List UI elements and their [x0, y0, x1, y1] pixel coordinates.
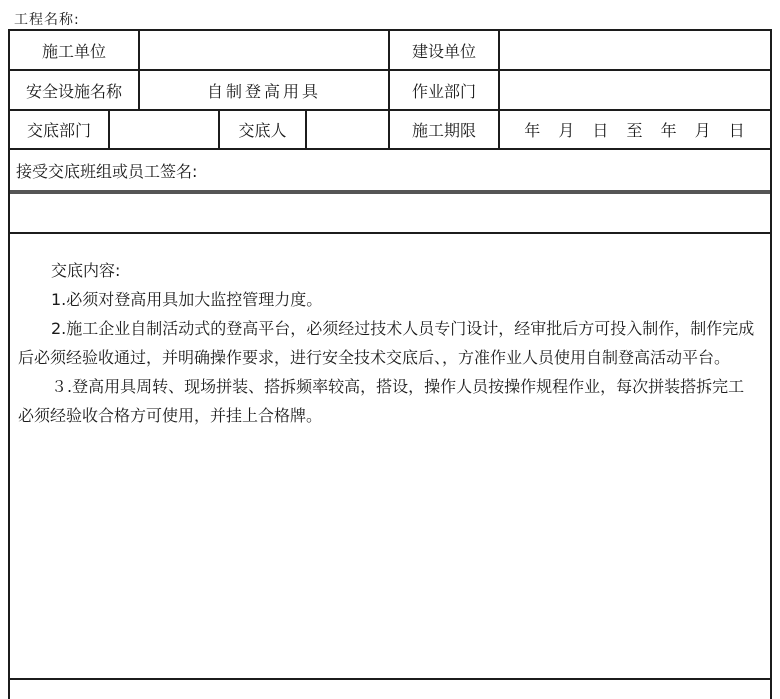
table-row-signature: 接受交底班组或员工签名:	[10, 150, 770, 194]
construction-unit-label: 施工单位	[10, 31, 140, 69]
project-name-label: 工程名称:	[0, 0, 780, 29]
disclosure-form: 施工单位 建设单位 安全设施名称 自制登高用具 作业部门 交底部门 交底人 施工…	[8, 29, 772, 699]
safety-facility-name-value: 自制登高用具	[140, 71, 390, 109]
disclosure-item-3: ３.登高用具周转、现场拼装、搭拆频率较高，搭设，操作人员按操作规程作业，每次拼装…	[18, 372, 758, 430]
building-unit-label: 建设单位	[390, 31, 500, 69]
next-section-row	[10, 680, 770, 699]
discloser-field[interactable]	[307, 111, 390, 148]
construction-period-field[interactable]: 年 月 日 至 年 月 日	[500, 111, 770, 148]
disclosure-item-2: 2.施工企业自制活动式的登高平台，必须经过技术人员专门设计，经审批后方可投入制作…	[18, 314, 758, 372]
work-department-label: 作业部门	[390, 71, 500, 109]
disclosure-department-label: 交底部门	[10, 111, 110, 148]
work-department-field[interactable]	[500, 71, 770, 109]
safety-facility-name-label: 安全设施名称	[10, 71, 140, 109]
table-row-construction-unit: 施工单位 建设单位	[10, 31, 770, 71]
document-page: 工程名称: 施工单位 建设单位 安全设施名称 自制登高用具 作业部门 交底部门 …	[0, 0, 780, 699]
disclosure-content-heading: 交底内容:	[18, 256, 758, 285]
table-row-disclosure: 交底部门 交底人 施工期限 年 月 日 至 年 月 日	[10, 111, 770, 150]
building-unit-field[interactable]	[500, 31, 770, 69]
signature-label: 接受交底班组或员工签名:	[10, 150, 197, 190]
discloser-label: 交底人	[220, 111, 307, 148]
signature-area	[10, 194, 770, 234]
table-row-safety-facility: 安全设施名称 自制登高用具 作业部门	[10, 71, 770, 111]
disclosure-item-1: 1.必须对登高用具加大监控管理力度。	[18, 285, 758, 314]
construction-unit-field[interactable]	[140, 31, 390, 69]
disclosure-department-field[interactable]	[110, 111, 220, 148]
construction-period-label: 施工期限	[390, 111, 500, 148]
disclosure-content: 交底内容: 1.必须对登高用具加大监控管理力度。 2.施工企业自制活动式的登高平…	[10, 234, 770, 680]
